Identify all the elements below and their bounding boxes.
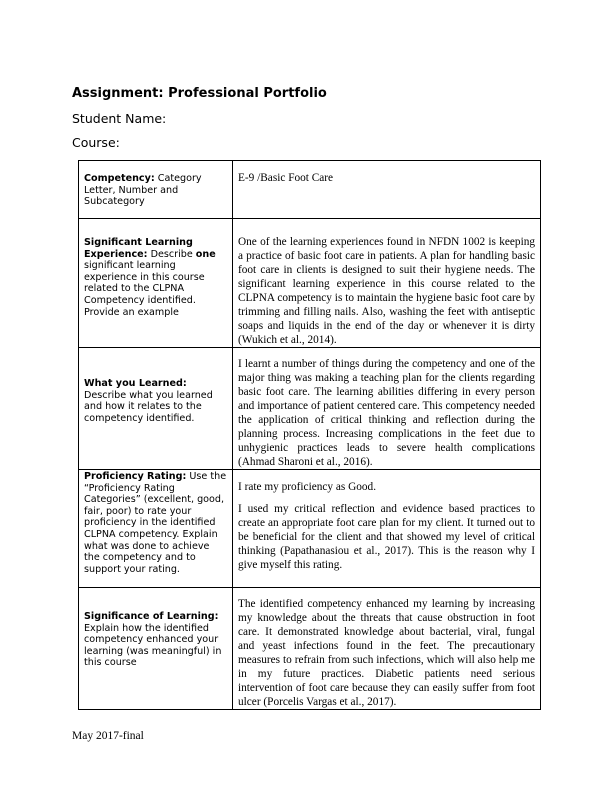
significance-label-cell: Significance of Learning: Explain how th…	[79, 588, 233, 710]
proficiency-rating-value-cell: I rate my proficiency as Good. I used my…	[233, 470, 541, 588]
document-page: Assignment: Professional Portfolio Stude…	[0, 0, 612, 792]
table-row-proficiency-rating: Proficiency Rating: Use the “Proficiency…	[79, 470, 541, 588]
competency-value-cell: E-9 /Basic Foot Care	[233, 161, 541, 219]
proficiency-rating-explanation: I used my critical reflection and eviden…	[238, 502, 535, 572]
proficiency-rating-label-cell: Proficiency Rating: Use the “Proficiency…	[79, 470, 233, 588]
significant-learning-label-cell: Significant Learning Experience: Describ…	[79, 219, 233, 348]
significant-learning-label-text-a: Describe	[148, 249, 196, 260]
proficiency-rating-statement: I rate my proficiency as Good.	[238, 480, 535, 494]
table-row-significant-learning: Significant Learning Experience: Describ…	[79, 219, 541, 348]
significant-learning-value: One of the learning experiences found in…	[238, 236, 535, 346]
course-label: Course:	[72, 135, 120, 150]
significant-learning-value-cell: One of the learning experiences found in…	[233, 219, 541, 348]
significant-learning-label-bold-one: one	[196, 249, 216, 260]
table-row-what-you-learned: What you Learned: Describe what you lear…	[79, 348, 541, 470]
significance-value: The identified competency enhanced my le…	[238, 598, 535, 708]
what-you-learned-label-bold: What you Learned:	[84, 378, 187, 389]
table-row-significance: Significance of Learning: Explain how th…	[79, 588, 541, 710]
competency-label-cell: Competency: Category Letter, Number and …	[79, 161, 233, 219]
proficiency-rating-label-text: Use the “Proficiency Rating Categories” …	[84, 471, 226, 575]
what-you-learned-value-cell: I learnt a number of things during the c…	[233, 348, 541, 470]
what-you-learned-label-cell: What you Learned: Describe what you lear…	[79, 348, 233, 470]
significance-label-bold: Significance of Learning:	[84, 611, 218, 622]
what-you-learned-value: I learnt a number of things during the c…	[238, 358, 535, 468]
student-name-label: Student Name:	[72, 111, 166, 126]
significance-label-text: Explain how the identified competency en…	[84, 623, 221, 669]
proficiency-rating-label-bold: Proficiency Rating:	[84, 471, 186, 482]
what-you-learned-label-text: Describe what you learned and how it rel…	[84, 390, 213, 424]
competency-value: E-9 /Basic Foot Care	[238, 172, 333, 184]
significant-learning-label-text-b: significant learning experience in this …	[84, 260, 205, 317]
page-footer: May 2017-final	[72, 730, 144, 742]
competency-label-bold: Competency:	[84, 173, 155, 184]
portfolio-table: Competency: Category Letter, Number and …	[78, 160, 541, 710]
page-title: Assignment: Professional Portfolio	[72, 86, 327, 101]
significance-value-cell: The identified competency enhanced my le…	[233, 588, 541, 710]
table-row-competency: Competency: Category Letter, Number and …	[79, 161, 541, 219]
